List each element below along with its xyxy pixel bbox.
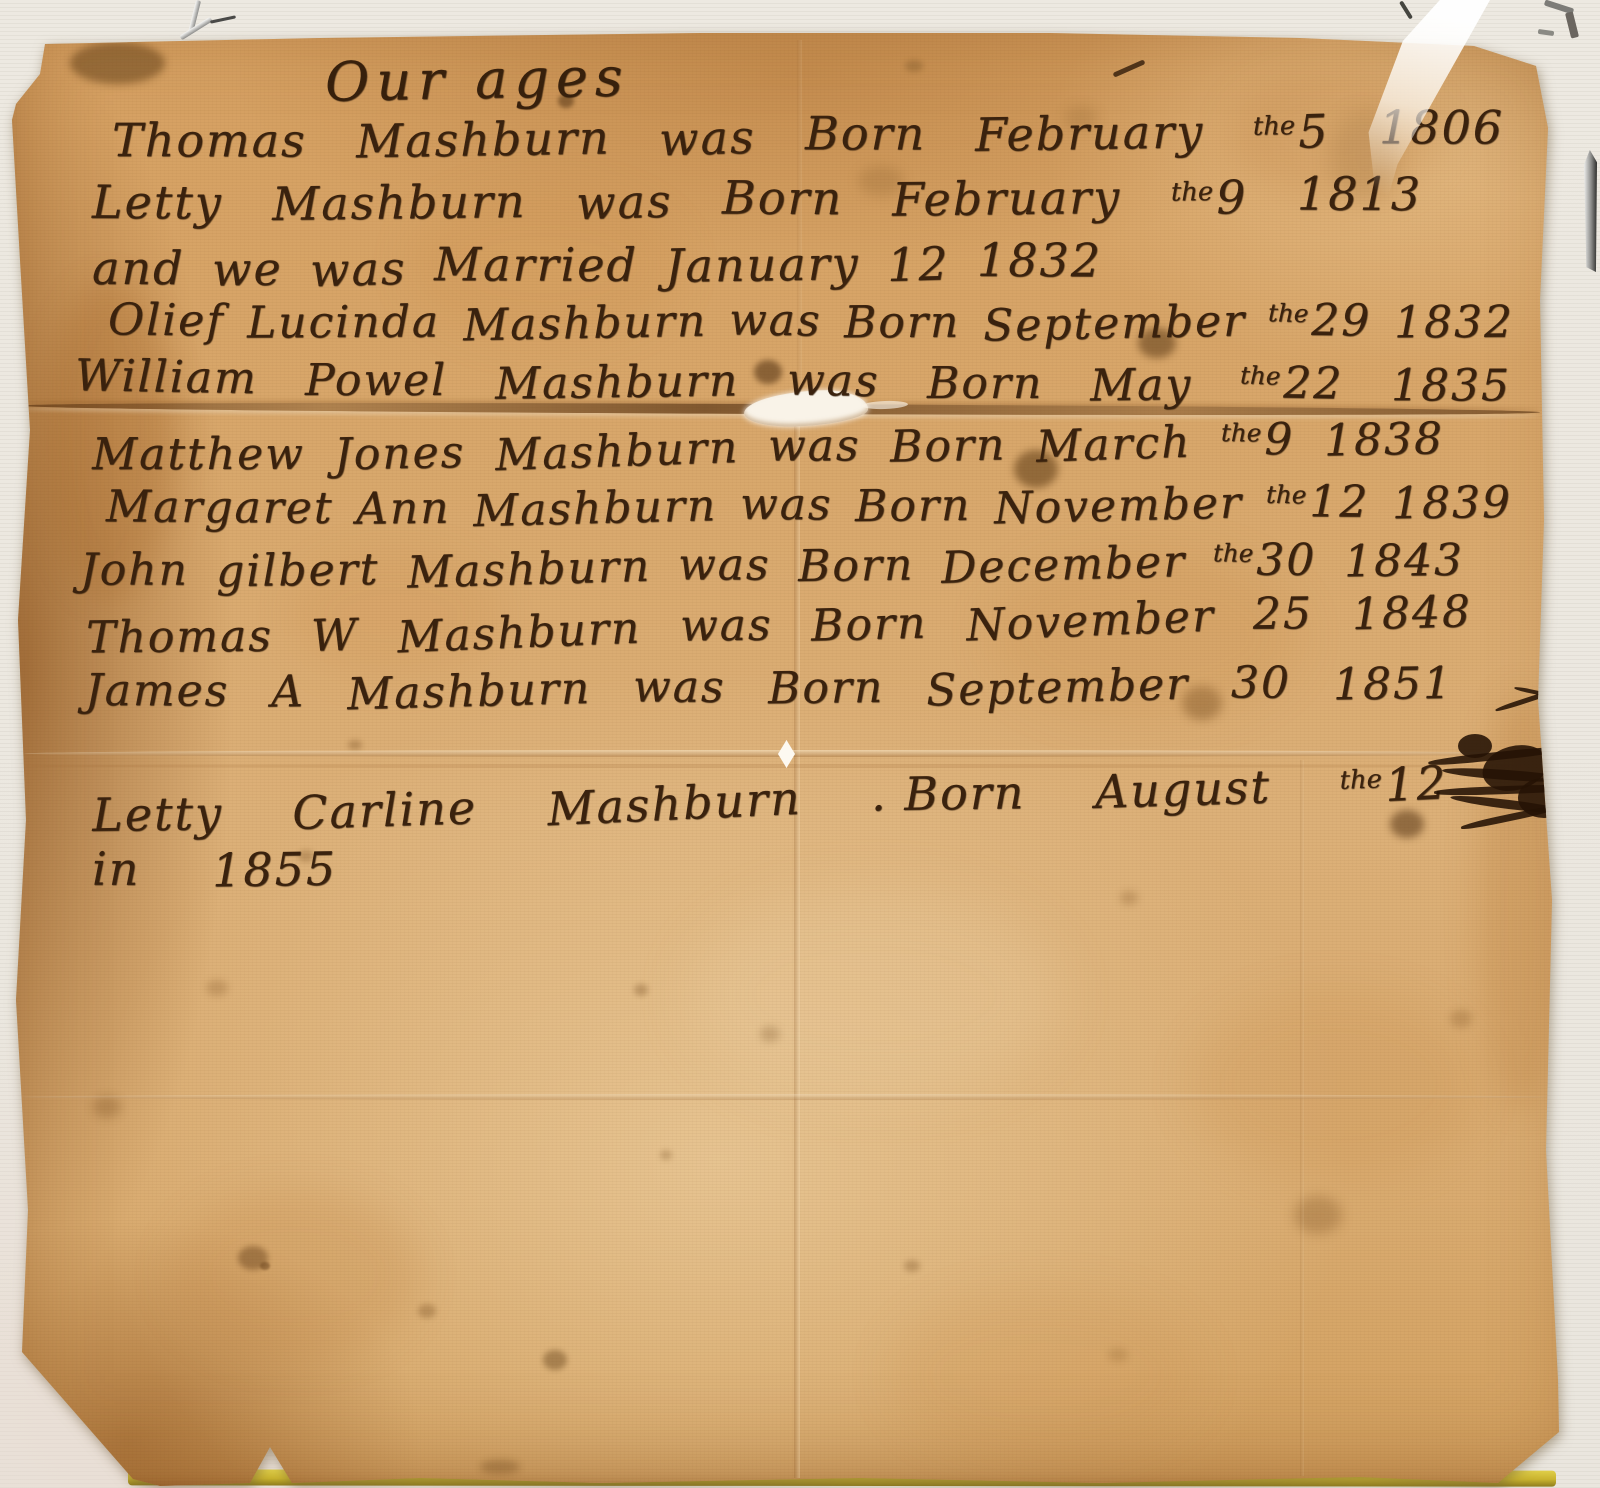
paper-stain (1450, 1010, 1472, 1028)
handwritten-word: in (92, 842, 141, 896)
metal-marks-top-right (1538, 0, 1600, 52)
ink-blot-stroke (1547, 725, 1582, 754)
handwritten-word: the12 (1266, 476, 1370, 528)
handwritten-word: 1855 (212, 842, 338, 898)
paper-stain (348, 740, 362, 750)
handwritten-word: January (665, 236, 860, 293)
handwritten-word: 1839 (1392, 477, 1513, 529)
handwritten-word: was (680, 600, 773, 652)
paper-stain (206, 980, 228, 996)
handwritten-word: Ann (356, 483, 451, 535)
paperclip-top-left (168, 0, 240, 48)
handwritten-word: December (941, 536, 1187, 594)
handwritten-word: William (75, 350, 259, 404)
handwritten-word: the29 (1268, 294, 1372, 346)
paper-stain (70, 42, 165, 84)
handwritten-word: we (212, 242, 283, 297)
entry-matthew-jones-birth: MatthewJonesMashburnwasBornMarchthe91838 (92, 413, 1445, 483)
handwritten-word: 1838 (1323, 413, 1444, 466)
handwritten-word: Powel (305, 355, 447, 406)
paper-stain (1108, 1348, 1128, 1362)
handwritten-word: Thomas (112, 113, 307, 167)
handwritten-word: Mashburn (473, 480, 718, 537)
scanner-bed: Our ages ThomasMashburnwasBornFebruaryth… (0, 0, 1600, 1488)
handwritten-word: Born (722, 171, 843, 226)
handwritten-word: Mashburn (272, 174, 527, 231)
fold-crease-lower (20, 1094, 1548, 1100)
handwritten-word: Mashburn (462, 296, 707, 352)
handwritten-word: was (786, 354, 879, 407)
handwritten-word: November (965, 591, 1216, 652)
handwritten-word: . Born (870, 765, 1025, 821)
handwritten-word: Born (855, 480, 972, 532)
handwritten-word: Mashburn (396, 603, 642, 664)
entry-letty-carline-year: in1855 (92, 841, 337, 897)
entry-olief-lucinda-birth: OliefLucindaMashburnwasBornSeptemberthe2… (108, 296, 1514, 347)
handwritten-word: the22 (1240, 357, 1344, 410)
handwritten-word: 25 (1253, 588, 1313, 640)
ink-blot-stroke (1450, 793, 1568, 816)
handwritten-word: Letty (92, 786, 223, 842)
handwritten-word: September (925, 659, 1189, 717)
paper-stain (1120, 891, 1138, 905)
vertical-fold-crease-right (1300, 760, 1304, 1476)
handwritten-word: Jones (334, 427, 466, 481)
entry-william-powel-birth: WilliamPowelMashburnwasBornMaythe221835 (75, 352, 1511, 411)
handwritten-word: February (975, 104, 1205, 162)
handwritten-word: February (892, 170, 1122, 227)
handwritten-word: was (729, 294, 822, 346)
paper-stain (543, 1350, 567, 1370)
handwritten-word: Mashburn (346, 663, 591, 720)
paper-stain (93, 1096, 121, 1118)
handwritten-word: was (678, 539, 771, 590)
handwritten-word: 30 (1231, 657, 1291, 708)
ink-blot-stroke (1518, 778, 1570, 818)
handwritten-word: was (768, 420, 861, 471)
manuscript-paper: Our ages ThomasMashburnwasBornFebruaryth… (0, 0, 1600, 1488)
ink-blot (1398, 690, 1593, 852)
handwritten-word: Mashburn (546, 771, 803, 836)
handwritten-word: Born (767, 662, 884, 714)
handwritten-word: Born (810, 598, 927, 652)
handwritten-word: was (633, 661, 726, 712)
paper-stain (238, 1246, 268, 1270)
entry-letty-mashburn-birth: LettyMashburnwasBornFebruarythe91813 (92, 167, 1422, 230)
handwritten-word: Mashburn (494, 422, 740, 481)
handwritten-word: was (309, 241, 407, 298)
handwritten-word: John (80, 544, 189, 595)
paper-stain (760, 1026, 780, 1042)
ink-blot-stroke (1458, 734, 1492, 758)
paper-stain (170, 1190, 420, 1360)
paper-stain (418, 1304, 436, 1318)
paper-stain (690, 890, 1060, 1100)
paper-stain (890, 1290, 1200, 1460)
handwritten-word: Margaret (106, 481, 334, 534)
handwritten-word: 1832 (1394, 297, 1514, 349)
handwritten-word: Mashburn (495, 355, 740, 409)
handwritten-word: Lucinda (247, 296, 440, 348)
handwritten-word: 1806 (1379, 100, 1504, 154)
handwritten-word: A (271, 666, 305, 717)
pen-dash-mark (1112, 59, 1145, 77)
manuscript-wrap: Our ages ThomasMashburnwasBornFebruaryth… (0, 0, 1600, 1488)
handwritten-word: August (1094, 759, 1272, 819)
paper-stain (1190, 990, 1480, 1180)
entry-john-gilbert-birth: JohngilbertMashburnwasBornDecemberthe301… (80, 534, 1464, 597)
handwritten-word: the9 (1221, 414, 1294, 465)
handwritten-word: September (982, 295, 1246, 351)
handwritten-word: 12 (886, 236, 950, 292)
handwritten-word: March (1035, 417, 1192, 473)
handwritten-word: Letty (92, 175, 223, 230)
handwritten-word: Olief (108, 294, 225, 346)
handwritten-word: 1832 (977, 233, 1102, 287)
handwritten-word: November (994, 477, 1244, 534)
handwritten-word: May (1090, 359, 1193, 411)
entry-james-a-birth: JamesAMashburnwasBornSeptember301851 (85, 657, 1453, 718)
entry-marriage: andwewasMarriedJanuary121832 (92, 234, 1102, 297)
handwritten-word: was (740, 479, 833, 531)
handwritten-word: the9 (1170, 170, 1248, 226)
handwritten-word: Carline (292, 780, 478, 840)
handwritten-word: James (85, 665, 229, 717)
entry-thomas-mashburn-birth: ThomasMashburnwasBornFebruarythe51806 (112, 101, 1504, 170)
handwritten-word: the5 (1253, 104, 1331, 160)
handwritten-word: and (92, 241, 185, 295)
handwritten-word: 1843 (1344, 535, 1465, 588)
handwritten-word: Mashburn (355, 110, 610, 168)
handwritten-word: 1848 (1351, 586, 1472, 640)
handwritten-word: Mashburn (406, 541, 651, 599)
paper-stain (260, 1262, 270, 1270)
handwritten-word: the30 (1213, 535, 1317, 586)
handwritten-word: Born (844, 297, 960, 349)
entry-margaret-ann-birth: MargaretAnnMashburnwasBornNovemberthe121… (106, 476, 1512, 534)
handwritten-word: W (311, 610, 360, 662)
handwritten-word: 1835 (1391, 360, 1511, 411)
handwritten-word: Thomas (86, 611, 273, 664)
handwritten-word: Married (434, 237, 638, 292)
handwritten-word: was (659, 110, 757, 167)
paper-stain (660, 1150, 672, 1160)
handwritten-word: 1813 (1297, 166, 1422, 221)
handwritten-word: Matthew (92, 429, 305, 480)
paper-stain (904, 1260, 920, 1272)
paper-stain (480, 1460, 520, 1474)
handwritten-word: Born (805, 106, 926, 160)
handwritten-word: Born (890, 419, 1007, 472)
handwritten-word: was (575, 174, 673, 231)
metal-clip-right-edge (1576, 142, 1600, 280)
paper-stain (634, 984, 648, 996)
handwritten-word: gilbert (216, 544, 380, 597)
handwritten-word: Born (797, 539, 914, 592)
paper-stain (905, 60, 923, 72)
manuscript-title: Our ages (324, 45, 630, 113)
entry-thomas-w-birth: ThomasWMashburnwasBornNovember251848 (86, 585, 1473, 665)
handwritten-word: Born (927, 358, 1043, 409)
